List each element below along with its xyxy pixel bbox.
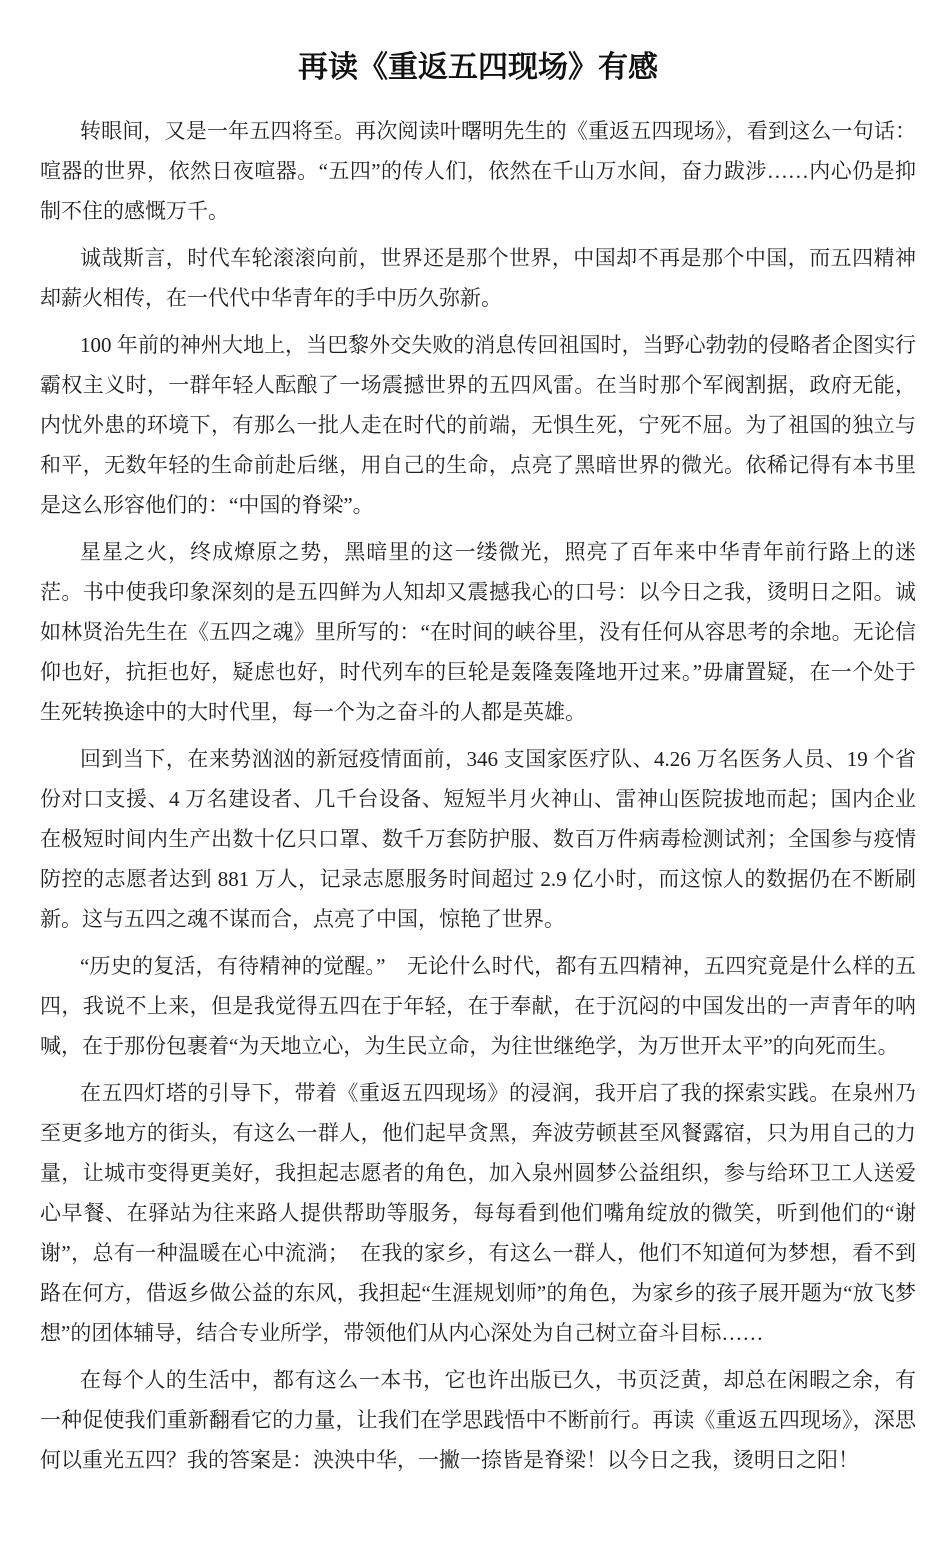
paragraph-8: 在每个人的生活中，都有这么一本书，它也许出版已久，书页泛黄，却总在闲暇之余，有一… xyxy=(40,1360,916,1480)
paragraph-4: 星星之火，终成燎原之势，黑暗里的这一缕微光，照亮了百年来中华青年前行路上的迷茫。… xyxy=(40,532,916,732)
paragraph-1: 转眼间，又是一年五四将至。再次阅读叶曙明先生的《重返五四现场》，看到这么一句话：… xyxy=(40,111,916,231)
paragraph-6: “历史的复活，有待精神的觉醒。” 无论什么时代，都有五四精神，五四究竟是什么样的… xyxy=(40,946,916,1066)
document-page: 再读《重返五四现场》有感 转眼间，又是一年五四将至。再次阅读叶曙明先生的《重返五… xyxy=(0,0,950,1543)
paragraph-2: 诚哉斯言，时代车轮滚滚向前，世界还是那个世界，中国却不再是那个中国，而五四精神却… xyxy=(40,238,916,318)
paragraph-7: 在五四灯塔的引导下，带着《重返五四现场》的浸润，我开启了我的探索实践。在泉州乃至… xyxy=(40,1073,916,1353)
document-title: 再读《重返五四现场》有感 xyxy=(40,50,916,86)
paragraph-5: 回到当下，在来势汹汹的新冠疫情面前，346 支国家医疗队、4.26 万名医务人员… xyxy=(40,739,916,939)
paragraph-3: 100 年前的神州大地上，当巴黎外交失败的消息传回祖国时，当野心勃勃的侵略者企图… xyxy=(40,325,916,525)
